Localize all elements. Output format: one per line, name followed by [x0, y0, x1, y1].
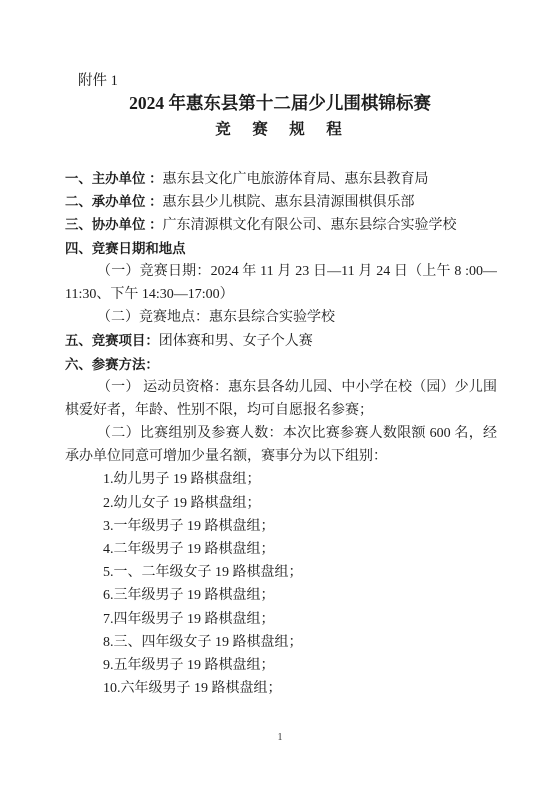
page-number: 1: [0, 732, 560, 743]
line-heading: 三、协办单位 ：: [65, 217, 162, 232]
line-text: 8.三、四年级女子 19 路棋盘组；: [103, 635, 303, 650]
line-text: 惠东县文化广电旅游体育局、惠东县教育局: [162, 172, 428, 187]
line-heading: 一、主办单位 ：: [65, 171, 162, 186]
line-text: 3.一年级男子 19 路棋盘组；: [103, 519, 275, 534]
body-line: （一）竞赛日期：2024 年 11 月 23 日—11 月 24 日（上午 8 …: [65, 260, 497, 283]
line-text: 5.一、二年级女子 19 路棋盘组；: [103, 565, 303, 580]
line-text: （二）比赛组别及参赛人数：本次比赛参赛人数限额 600 名，经: [97, 426, 497, 441]
line-text: 11:30、下午 14:30—17:00）: [65, 287, 234, 302]
body-line group-list-item: 2.幼儿女子 19 路棋盘组；: [65, 492, 497, 515]
body-line: 三、协办单位 ：广东清源棋文化有限公司、惠东县综合实验学校: [65, 213, 497, 236]
body-line: 四、竞赛日期和地点: [65, 237, 497, 260]
line-text: 2.幼儿女子 19 路棋盘组；: [103, 496, 261, 511]
line-heading: 六、参赛方法：: [65, 357, 159, 372]
body-line group-list-item: 5.一、二年级女子 19 路棋盘组；: [65, 561, 497, 584]
body-line: 棋爱好者，年龄、性别不限，均可自愿报名参赛；: [65, 399, 497, 422]
body-line: 二、承办单位 ：惠东县少儿棋院、惠东县清源围棋俱乐部: [65, 190, 497, 213]
line-text: 6.三年级男子 19 路棋盘组；: [103, 588, 275, 603]
body-line: 承办单位同意可增加少量名额，赛事分为以下组别：: [65, 445, 497, 468]
body-line group-list-item: 7.四年级男子 19 路棋盘组；: [65, 608, 497, 631]
body-line group-list-item: 6.三年级男子 19 路棋盘组；: [65, 584, 497, 607]
document-body: 一、主办单位 ：惠东县文化广电旅游体育局、惠东县教育局 二、承办单位 ：惠东县少…: [65, 167, 497, 700]
line-text: 团体赛和男、女子个人赛: [159, 334, 313, 349]
line-text: 惠东县少儿棋院、惠东县清源围棋俱乐部: [162, 195, 414, 210]
line-text: 承办单位同意可增加少量名额，赛事分为以下组别：: [65, 449, 387, 464]
line-text: （一） 运动员资格：惠东县各幼儿园、中小学在校（园）少儿围: [97, 380, 497, 395]
attachment-label: 附件 1: [78, 69, 118, 90]
body-line group-list-item: 8.三、四年级女子 19 路棋盘组；: [65, 631, 497, 654]
document-title: 2024 年惠东县第十二届少儿围棋锦标赛: [0, 90, 560, 115]
body-line group-list-item: 10.六年级男子 19 路棋盘组；: [65, 677, 497, 700]
body-line: 五、竞赛项目：团体赛和男、女子个人赛: [65, 329, 497, 352]
body-line: （二）比赛组别及参赛人数：本次比赛参赛人数限额 600 名，经: [65, 422, 497, 445]
line-text: 4.二年级男子 19 路棋盘组；: [103, 542, 275, 557]
line-heading: 五、竞赛项目：: [65, 333, 159, 348]
body-line group-list-item: 3.一年级男子 19 路棋盘组；: [65, 515, 497, 538]
body-line group-list-item: 4.二年级男子 19 路棋盘组；: [65, 538, 497, 561]
body-line: （二）竞赛地点：惠东县综合实验学校: [65, 306, 497, 329]
line-text: （一）竞赛日期：2024 年 11 月 23 日—11 月 24 日（上午 8 …: [97, 264, 497, 279]
line-text: 棋爱好者，年龄、性别不限，均可自愿报名参赛；: [65, 403, 373, 418]
line-text: 7.四年级男子 19 路棋盘组；: [103, 612, 275, 627]
body-line: 11:30、下午 14:30—17:00）: [65, 283, 497, 306]
line-text: 9.五年级男子 19 路棋盘组；: [103, 658, 275, 673]
line-heading: 二、承办单位 ：: [65, 194, 162, 209]
line-heading: 四、竞赛日期和地点: [65, 241, 186, 256]
body-line group-list-item: 9.五年级男子 19 路棋盘组；: [65, 654, 497, 677]
line-text: （二）竞赛地点：惠东县综合实验学校: [97, 310, 335, 325]
line-text: 广东清源棋文化有限公司、惠东县综合实验学校: [162, 218, 456, 233]
document-subtitle: 竞 赛 规 程: [0, 117, 560, 139]
line-text: 1.幼儿男子 19 路棋盘组；: [103, 472, 261, 487]
body-line group-list-item: 1.幼儿男子 19 路棋盘组；: [65, 468, 497, 491]
document-page: 附件 1 2024 年惠东县第十二届少儿围棋锦标赛 竞 赛 规 程 一、主办单位…: [0, 0, 560, 792]
body-line: 六、参赛方法：: [65, 353, 497, 376]
line-text: 10.六年级男子 19 路棋盘组；: [103, 681, 282, 696]
body-line: 一、主办单位 ：惠东县文化广电旅游体育局、惠东县教育局: [65, 167, 497, 190]
body-line: （一） 运动员资格：惠东县各幼儿园、中小学在校（园）少儿围: [65, 376, 497, 399]
